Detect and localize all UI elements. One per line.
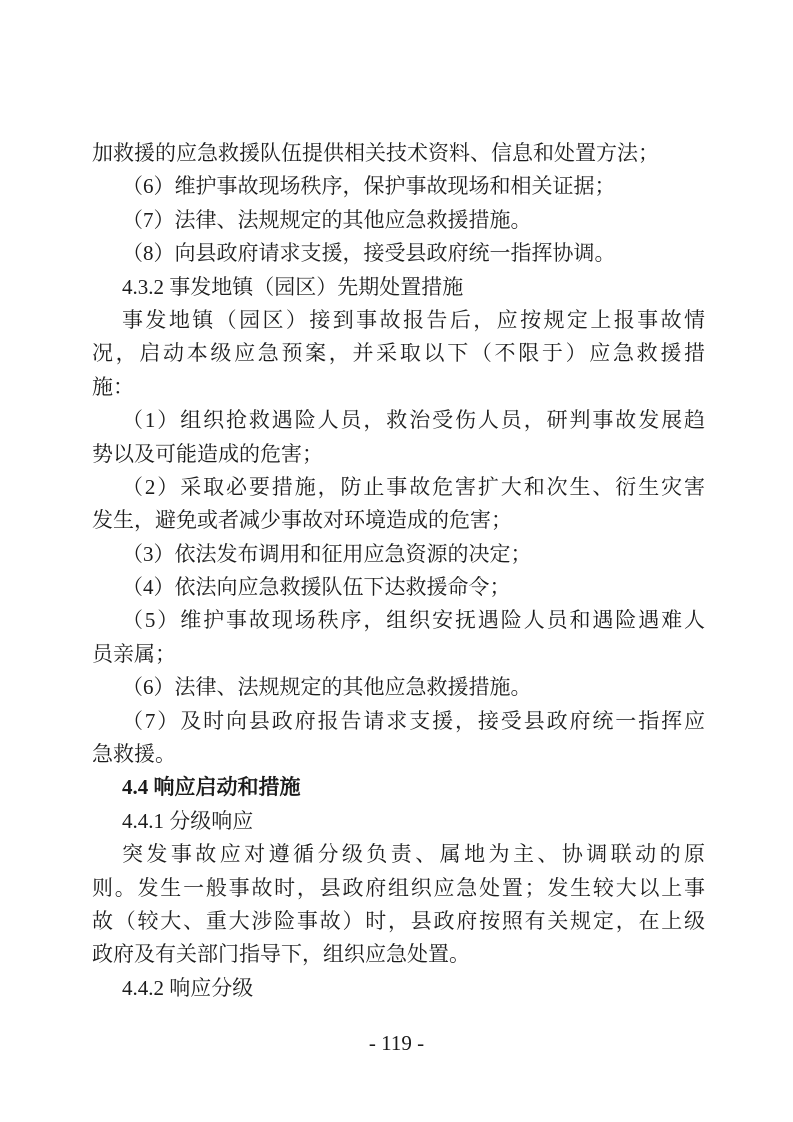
body-text-line: 急救援。 [92,738,705,771]
body-text-line: （4）依法向应急救援队伍下达救援命令； [92,571,705,604]
body-text-line: 事发地镇（园区）接到事故报告后，应按规定上报事故情 [92,304,705,337]
body-text-line: 故（较大、重大涉险事故）时，县政府按照有关规定，在上级 [92,905,705,938]
body-text-line: （8）向县政府请求支援，接受县政府统一指挥协调。 [92,237,705,270]
body-text-line: 员亲属； [92,638,705,671]
body-text-line: （5）维护事故现场秩序，组织安抚遇险人员和遇险遇难人 [92,604,705,637]
body-text-line: 发生，避免或者减少事故对环境造成的危害； [92,504,705,537]
section-heading-4-3-2: 4.3.2 事发地镇（园区）先期处置措施 [92,271,705,304]
body-text-line: 则。发生一般事故时，县政府组织应急处置；发生较大以上事 [92,872,705,905]
body-text-line: 加救援的应急救援队伍提供相关技术资料、信息和处置方法； [92,137,705,170]
body-text-line: （6）维护事故现场秩序，保护事故现场和相关证据； [92,170,705,203]
body-text-line: （2）采取必要措施，防止事故危害扩大和次生、衍生灾害 [92,471,705,504]
page-number: - 119 - [0,1031,793,1056]
body-text-line: （7）及时向县政府报告请求支援，接受县政府统一指挥应 [92,705,705,738]
body-text-line: 况，启动本级应急预案，并采取以下（不限于）应急救援措 [92,337,705,370]
body-text-line: 突发事故应对遵循分级负责、属地为主、协调联动的原 [92,838,705,871]
body-text-line: （7）法律、法规规定的其他应急救援措施。 [92,204,705,237]
section-heading-4-4-2: 4.4.2 响应分级 [92,972,705,1005]
body-text-line: 政府及有关部门指导下，组织应急处置。 [92,938,705,971]
document-page: 加救援的应急救援队伍提供相关技术资料、信息和处置方法； （6）维护事故现场秩序，… [0,0,793,1122]
body-text-line: 势以及可能造成的危害； [92,438,705,471]
section-heading-4-4-1: 4.4.1 分级响应 [92,805,705,838]
body-text-line: 施： [92,371,705,404]
section-heading-4-4: 4.4 响应启动和措施 [92,771,705,804]
document-body: 加救援的应急救援队伍提供相关技术资料、信息和处置方法； （6）维护事故现场秩序，… [92,137,705,1005]
body-text-line: （1）组织抢救遇险人员，救治受伤人员，研判事故发展趋 [92,404,705,437]
body-text-line: （3）依法发布调用和征用应急资源的决定； [92,538,705,571]
body-text-line: （6）法律、法规规定的其他应急救援措施。 [92,671,705,704]
